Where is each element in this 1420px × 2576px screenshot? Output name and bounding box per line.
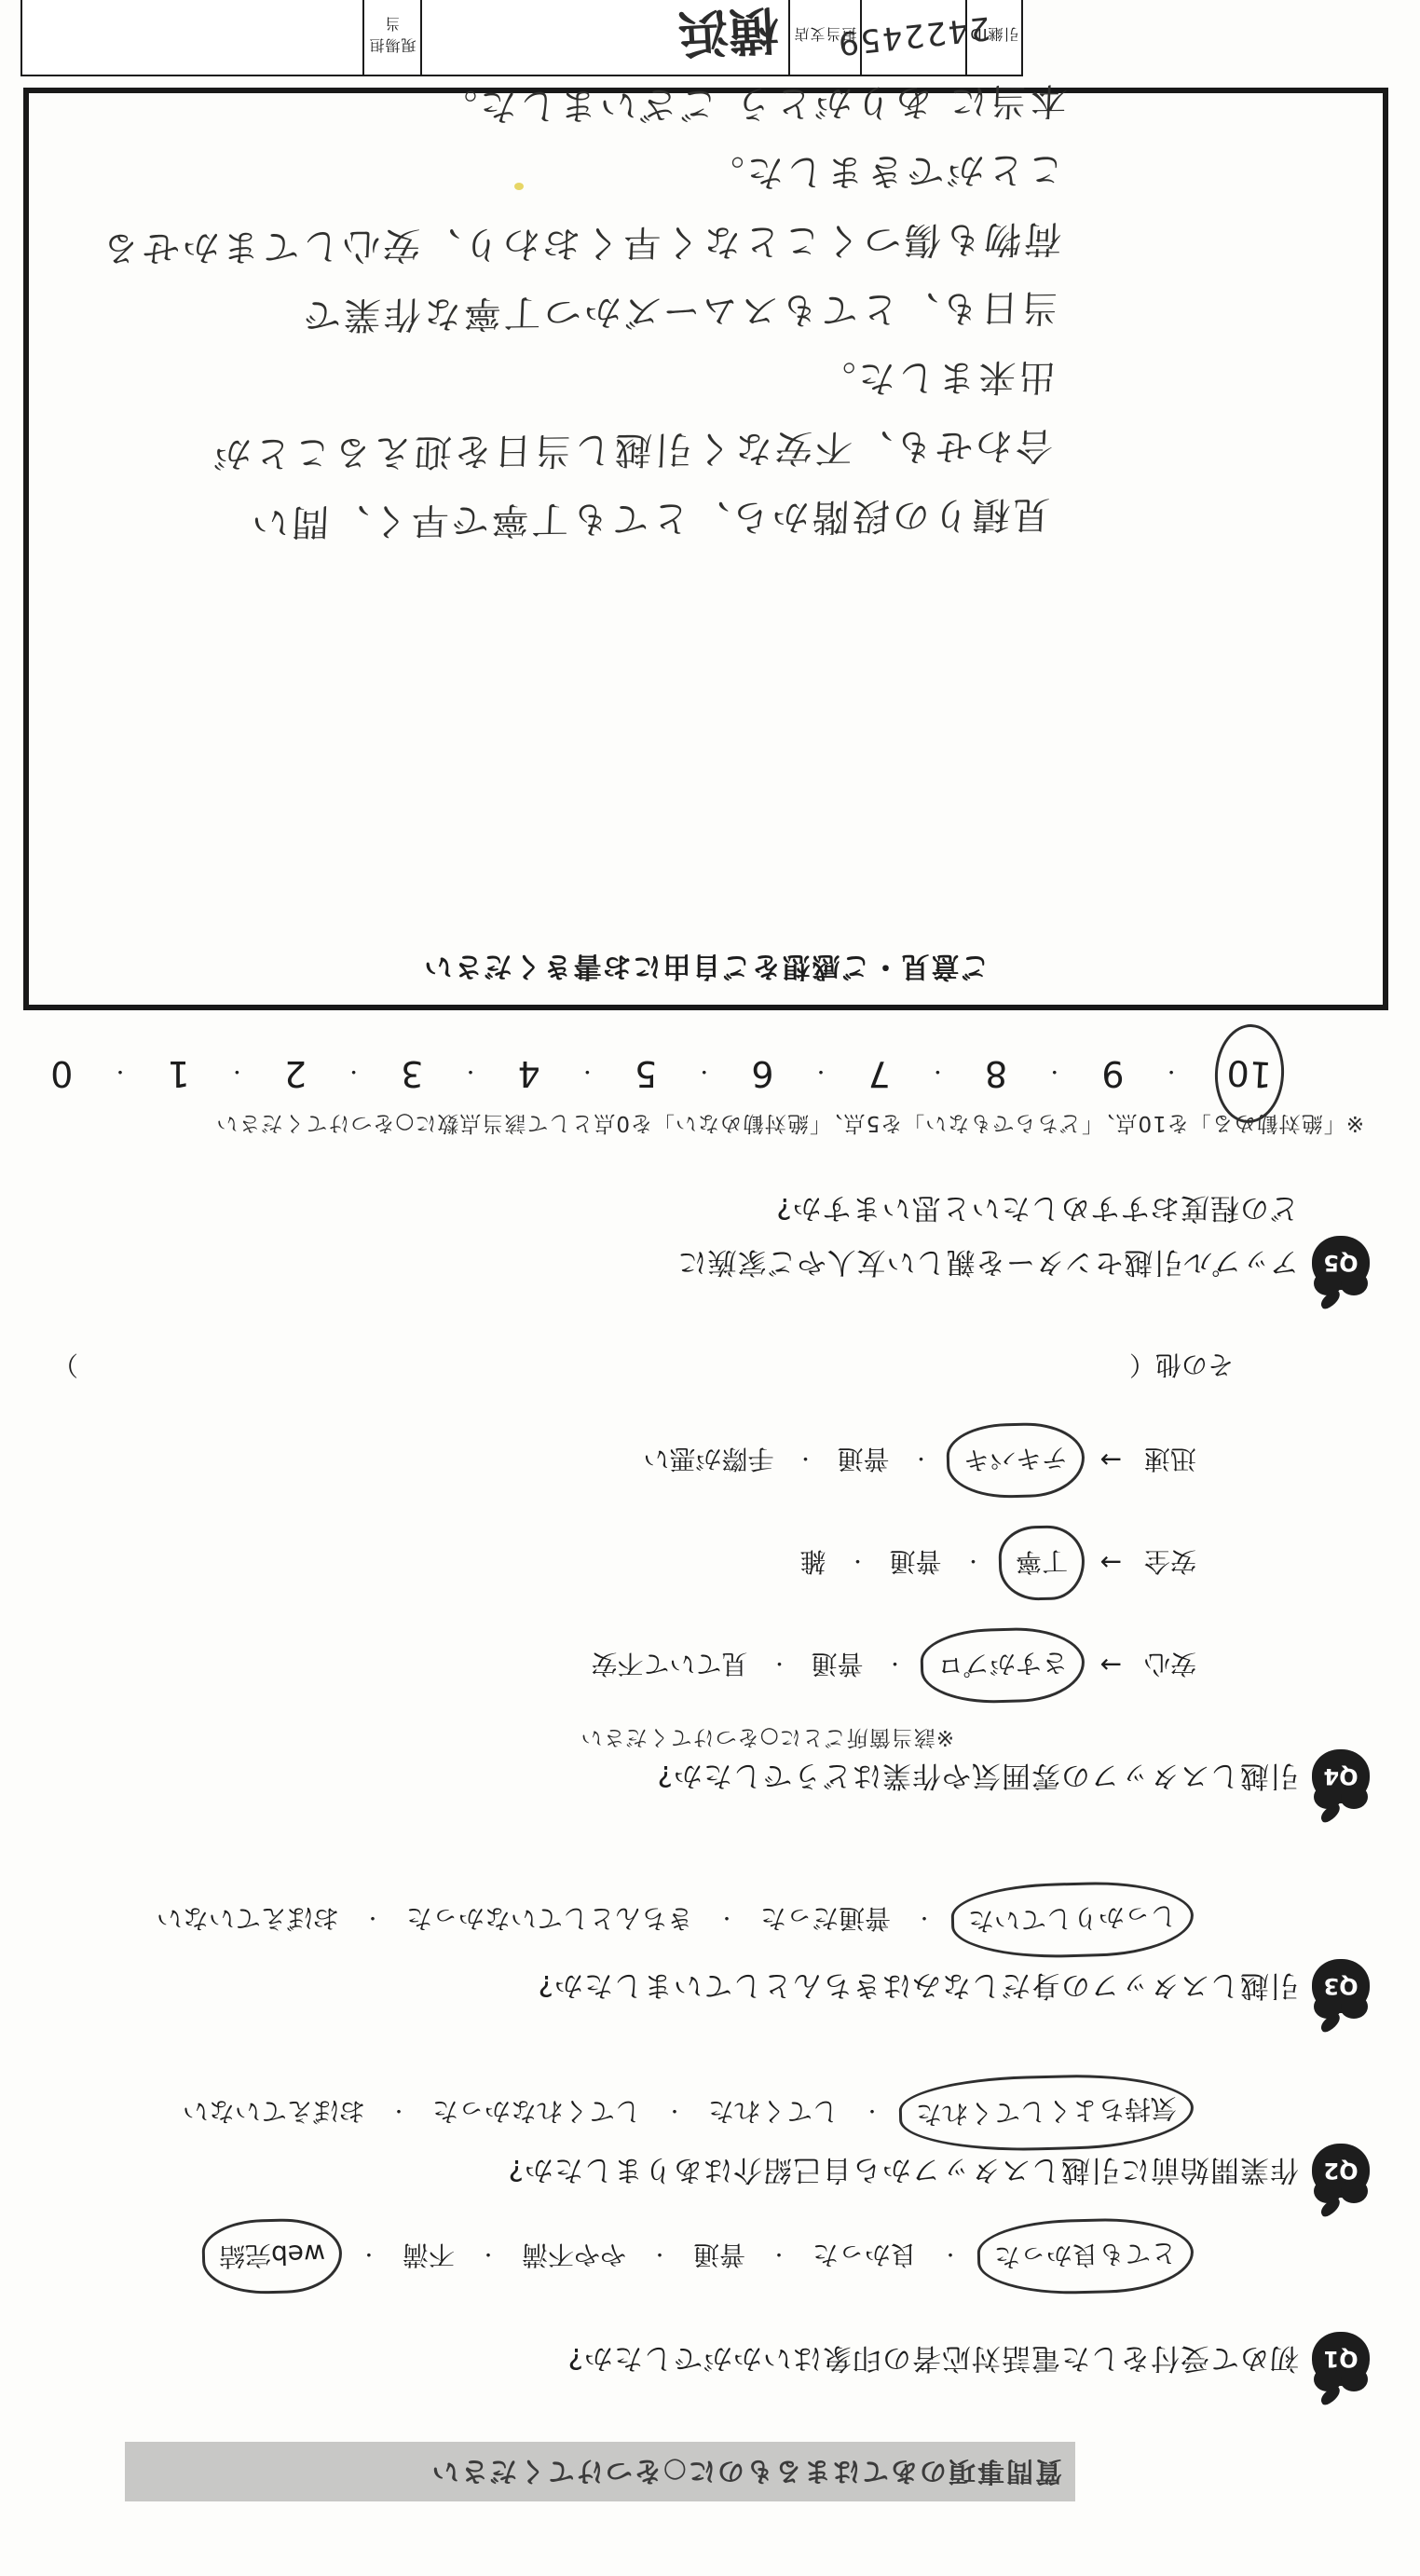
comment-line: ことができました。 — [33, 134, 1066, 214]
scale-separator: ・ — [578, 1061, 596, 1088]
handwritten-comment: 見積りの段階から、とても丁寧で早く、問い 合わせも、不安なく引越し当日を迎えるこ… — [19, 65, 1069, 559]
q4-row3-option-3: 手際が悪い — [643, 1442, 773, 1479]
option-separator: ・ — [389, 2100, 408, 2127]
scale-9: 9 — [1101, 1053, 1124, 1094]
q3-option-4: おぼえていない — [157, 1901, 339, 1939]
question-q2: Q2 作業開始前に引越しスタッフから自己紹介はありましたか? 気持ちよくしてくれ… — [0, 2091, 1420, 2201]
option-separator: ・ — [964, 1550, 983, 1577]
q4-row2-option-3: 雑 — [799, 1544, 826, 1582]
q1-option-5: 不満 — [403, 2238, 455, 2275]
q5-question-line2: どの程度おすすめしたいと思いますか? — [677, 1187, 1299, 1240]
scanned-survey-page: 質問事項のあてはまるものに○をつけてください Q1 初めて受付をした電話対応者の… — [0, 0, 1420, 2576]
q3-question-text: 引越しスタッフの身だしなみはきちんとしていましたか? — [538, 1965, 1299, 2017]
q5-apple-badge-icon: Q5 — [1312, 1236, 1370, 1290]
q2-options-row: 気持ちよくしてくれた ・ してくれた ・ してくれなかった ・ おぼえていない — [0, 2091, 1187, 2134]
option-separator: ・ — [848, 1550, 867, 1577]
arrow-right-icon: → — [1100, 1651, 1122, 1681]
apple-leaf-icon — [1318, 2197, 1343, 2219]
question-q1: Q1 初めて受付をした電話対応者の印象はいかがでしたか? とても良かった ・ 良… — [0, 2235, 1420, 2390]
scale-4: 4 — [518, 1053, 540, 1094]
q1-options-row: とても良かった ・ 良かった ・ 普通 ・ やや不満 ・ 不満 ・ web完結 — [0, 2235, 1187, 2278]
q4-badge-label: Q4 — [1323, 1763, 1358, 1789]
q4-other-row: その他（ ） — [52, 1348, 1234, 1385]
apple-leaf-icon — [1318, 2012, 1343, 2035]
header-cell-branch-value: 横浜 — [422, 0, 790, 75]
branch-handwritten-value: 横浜 — [676, 0, 790, 75]
option-separator: ・ — [915, 1907, 934, 1934]
scale-0: 0 — [50, 1053, 73, 1094]
q1-question-text: 初めて受付をした電話対応者の印象はいかがでしたか? — [567, 2337, 1299, 2390]
header-table: 引継ID 2422459 担当支店 横浜 現場担当 — [20, 0, 1023, 76]
arrow-right-icon: → — [1100, 1548, 1122, 1579]
scale-8: 8 — [985, 1053, 1007, 1094]
instruction-bar: 質問事項のあてはまるものに○をつけてください — [125, 2442, 1075, 2501]
comment-line: 荷物も傷つくことなく早くおわり、安心してまかせる — [30, 203, 1063, 283]
q4-note: ※該当箇所ごとに○をつけてください — [0, 1724, 954, 1755]
comment-line: 本当に ありがとう ございました。 — [35, 65, 1069, 145]
q2-question-text: 作業開始前に引越しスタッフから自己紹介はありましたか? — [508, 2149, 1299, 2201]
comment-line: 合わせも、不安なく引越し当日を迎えることが — [21, 410, 1055, 490]
scale-separator: ・ — [1162, 1061, 1181, 1088]
q5-note: ※「絶対勧める」を10点、「どちらでもない」を5点、「絶対勧めない」を0点として… — [0, 1110, 1364, 1141]
comment-line: 出来ました。 — [24, 341, 1058, 421]
question-q3: Q3 引越しスタッフの身だしなみはきちんとしていましたか? しっかりしていた ・… — [0, 1898, 1420, 2017]
header-cell-site-staff-label: 現場担当 — [364, 0, 422, 75]
q4-row2-option-1: 丁寧 — [997, 1525, 1085, 1601]
q4-row2-label: 安全 — [1144, 1544, 1196, 1582]
q3-badge-label: Q3 — [1323, 1973, 1358, 1999]
q3-question-line: Q3 引越しスタッフの身だしなみはきちんとしていましたか? — [0, 1959, 1370, 2017]
apple-leaf-icon — [1318, 1802, 1343, 1825]
q3-options-row: しっかりしていた ・ 普通だった ・ きちんとしていなかった ・ おぼえていない — [0, 1898, 1187, 1941]
header-cell-site-staff-value — [22, 0, 364, 75]
option-separator: ・ — [360, 2243, 378, 2270]
nps-rating-scale: 10 ・ 9 ・ 8 ・ 7 ・ 6 ・ 5 ・ 4 ・ 3 ・ 2 ・ 1 ・ — [50, 1050, 1280, 1097]
option-separator: ・ — [479, 2243, 498, 2270]
q1-option-3: 普通 — [693, 2238, 745, 2275]
q4-row3-label: 迅速 — [1144, 1442, 1196, 1479]
q2-question-line: Q2 作業開始前に引越しスタッフから自己紹介はありましたか? — [0, 2144, 1370, 2201]
option-separator: ・ — [770, 2243, 788, 2270]
instruction-bar-text: 質問事項のあてはまるものに○をつけてください — [430, 2456, 1062, 2487]
q1-question-line: Q1 初めて受付をした電話対応者の印象はいかがでしたか? — [0, 2332, 1370, 2390]
scale-3: 3 — [401, 1053, 423, 1094]
q4-row-anzen: 安全 → 丁寧 ・ 普通 ・ 雑 — [0, 1541, 1196, 1584]
q4-other-open: その他（ — [1129, 1348, 1234, 1385]
q5-question-line1: アップル引越センターを親しい友人やご家族に — [677, 1241, 1299, 1294]
option-separator: ・ — [650, 2243, 669, 2270]
apple-leaf-icon — [1318, 1289, 1343, 1311]
option-separator: ・ — [941, 2243, 960, 2270]
q2-option-3: してくれなかった — [432, 2094, 641, 2131]
scale-separator: ・ — [695, 1061, 714, 1088]
q4-question-text: 引越しスタッフの雰囲気や作業はどうでしたか? — [657, 1755, 1299, 1807]
q3-apple-badge-icon: Q3 — [1312, 1959, 1370, 2013]
q2-apple-badge-icon: Q2 — [1312, 2144, 1370, 2198]
q1-option-2: 良かった — [812, 2238, 917, 2275]
q2-badge-label: Q2 — [1323, 2158, 1358, 2184]
scale-separator: ・ — [111, 1061, 130, 1088]
option-separator: ・ — [886, 1652, 905, 1679]
survey-document-rotated-180: 質問事項のあてはまるものに○をつけてください Q1 初めて受付をした電話対応者の… — [0, 0, 1420, 2576]
arrow-right-icon: → — [1100, 1446, 1122, 1476]
scale-5: 5 — [635, 1053, 657, 1094]
q5-question-lines: アップル引越センターを親しい友人やご家族に どの程度おすすめしたいと思いますか? — [677, 1187, 1299, 1294]
q4-row2-option-2: 普通 — [889, 1544, 941, 1582]
site-staff-label: 現場担当 — [364, 14, 420, 57]
q4-row3-option-1: テキパキ — [945, 1421, 1085, 1500]
option-separator: ・ — [770, 1652, 788, 1679]
question-q5: Q5 アップル引越センターを親しい友人やご家族に どの程度おすすめしたいと思いま… — [0, 1110, 1420, 1294]
scale-7: 7 — [868, 1053, 891, 1094]
q1-option-4: やや不満 — [522, 2238, 626, 2275]
q4-row-anshin: 安心 → さすがプロ ・ 普通 ・ 見ていて不安 — [0, 1644, 1196, 1687]
scale-separator: ・ — [227, 1061, 246, 1088]
q3-option-3: きちんとしていなかった — [406, 1901, 693, 1939]
header-cell-hikitsugi-id-value: 2422459 — [862, 0, 967, 75]
q1-option-1: とても良かった — [976, 2216, 1195, 2296]
q3-option-2: 普通だった — [760, 1901, 891, 1939]
option-separator: ・ — [863, 2100, 881, 2127]
scale-separator: ・ — [461, 1061, 480, 1088]
scale-separator: ・ — [1045, 1061, 1064, 1088]
comment-line: 見積りの段階から、とても丁寧で早く、問い — [19, 479, 1052, 559]
q5-question-line: Q5 アップル引越センターを親しい友人やご家族に どの程度おすすめしたいと思いま… — [0, 1187, 1370, 1294]
scale-2: 2 — [284, 1053, 307, 1094]
q4-row1-option-3: 見ていて不安 — [591, 1647, 747, 1684]
q5-badge-label: Q5 — [1323, 1250, 1358, 1276]
scale-separator: ・ — [345, 1061, 363, 1088]
scan-artifact-dot — [514, 183, 524, 190]
comment-box-label: ご意見・ご感想をご自由にお書きください — [29, 949, 1383, 990]
scale-1: 1 — [168, 1053, 190, 1094]
option-separator: ・ — [665, 2100, 684, 2127]
q3-option-1: しっかりしていた — [950, 1880, 1195, 1961]
q4-row-jinsoku: 迅速 → テキパキ ・ 普通 ・ 手際が悪い — [0, 1439, 1196, 1482]
comment-line: 当日も、とてもスムーズかつ丁寧な作業で — [27, 272, 1060, 352]
q4-row3-option-2: 普通 — [837, 1442, 889, 1479]
q2-option-1: 気持ちよくしてくれた — [898, 2072, 1195, 2154]
q4-row1-label: 安心 — [1144, 1647, 1196, 1684]
option-separator: ・ — [912, 1447, 931, 1474]
q4-row1-option-1: さすがプロ — [919, 1626, 1085, 1706]
apple-leaf-icon — [1318, 2385, 1343, 2407]
q1-apple-badge-icon: Q1 — [1312, 2332, 1370, 2386]
q4-other-close: ） — [52, 1348, 78, 1385]
q2-option-2: してくれた — [708, 2094, 839, 2131]
option-separator: ・ — [717, 1907, 736, 1934]
question-q4: Q4 引越しスタッフの雰囲気や作業はどうでしたか? ※該当箇所ごとに○をつけてく… — [0, 1348, 1420, 1807]
q1-option-6: web完結 — [201, 2217, 343, 2295]
scale-6: 6 — [751, 1053, 773, 1094]
q1-badge-label: Q1 — [1323, 2346, 1358, 2372]
q2-option-4: おぼえていない — [183, 2094, 365, 2131]
document-flow: 質問事項のあてはまるものに○をつけてください Q1 初めて受付をした電話対応者の… — [0, 0, 1420, 2576]
q4-apple-badge-icon: Q4 — [1312, 1749, 1370, 1803]
option-separator: ・ — [363, 1907, 382, 1934]
q4-row1-option-2: 普通 — [811, 1647, 863, 1684]
q4-question-line: Q4 引越しスタッフの雰囲気や作業はどうでしたか? — [0, 1749, 1370, 1807]
scale-separator: ・ — [812, 1061, 830, 1088]
scale-separator: ・ — [928, 1061, 947, 1088]
comment-box: ご意見・ご感想をご自由にお書きください 見積りの段階から、とても丁寧で早く、問い… — [23, 88, 1388, 1010]
option-separator: ・ — [796, 1447, 814, 1474]
